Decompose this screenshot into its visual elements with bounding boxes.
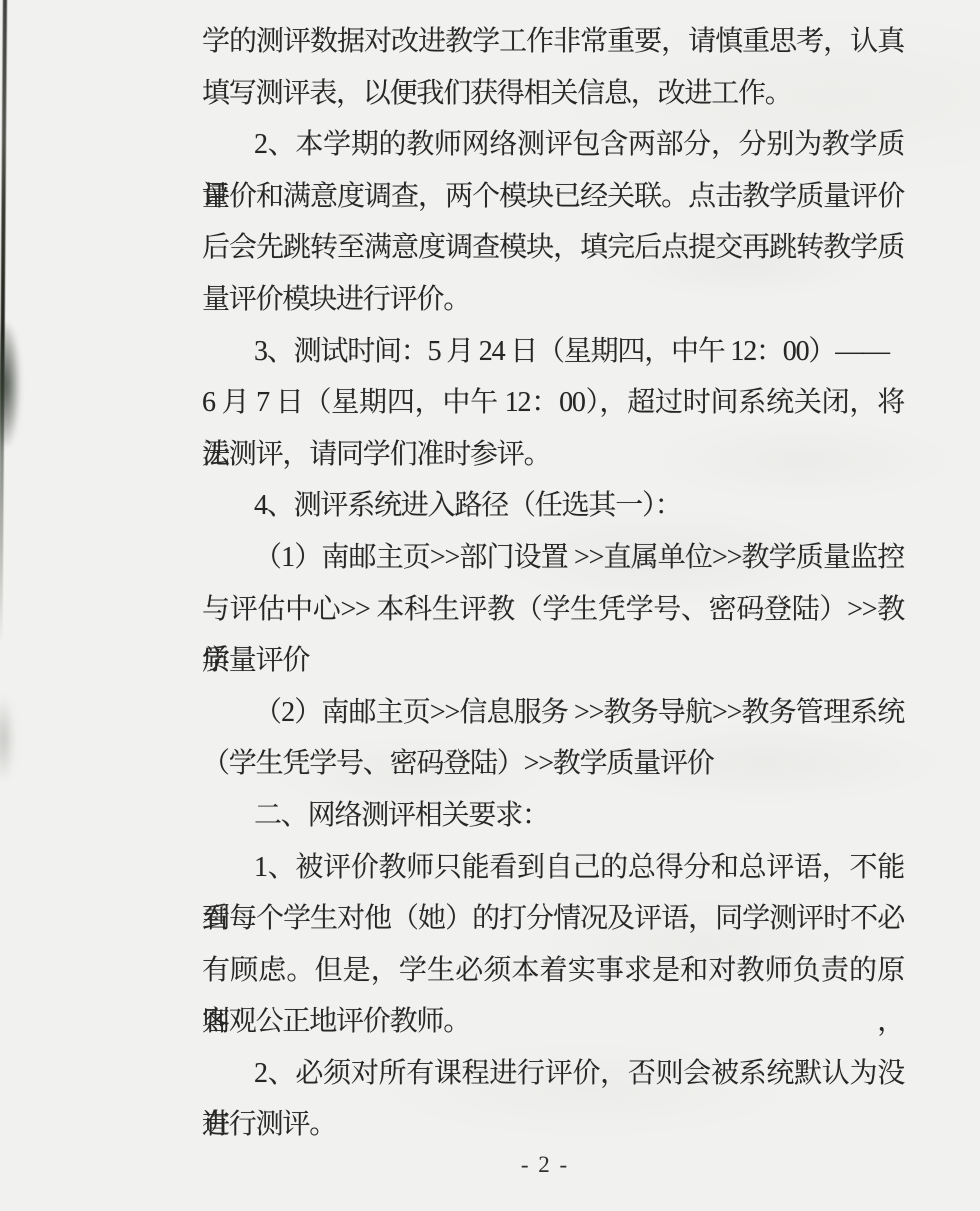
text-line: 6 月 7 日（星期四，中午 12：00），超过时间系统关闭，将无 [202, 377, 904, 429]
text-line: 3、测试时间：5 月 24 日（星期四，中午 12：00）—— [202, 326, 904, 378]
scan-smudge-light [0, 698, 14, 780]
text-line: 进行测评。 [202, 1099, 904, 1151]
text-line: 评价和满意度调查，两个模块已经关联。点击教学质量评价 [202, 171, 904, 223]
text-line: 学的测评数据对改进教学工作非常重要，请慎重思考，认真 [202, 16, 904, 68]
text-line: 有顾虑。但是，学生必须本着实事求是和对教师负责的原则， [202, 945, 904, 997]
text-line: （1）南邮主页>>部门设置 >>直属单位>>教学质量监控 [202, 532, 904, 584]
text-line: （学生凭学号、密码登陆）>>教学质量评价 [202, 738, 904, 790]
text-line: 与评估中心>> 本科生评教（学生凭学号、密码登陆）>>教学 [202, 584, 904, 636]
scan-smudge-dark [0, 322, 20, 447]
text-line: （2）南邮主页>>信息服务 >>教务导航>>教务管理系统 [202, 687, 904, 739]
document-text: 学的测评数据对改进教学工作非常重要，请慎重思考，认真填写测评表，以便我们获得相关… [202, 16, 904, 1151]
text-line: 法测评，请同学们准时参评。 [202, 429, 904, 481]
text-line: 2、必须对所有课程进行评价，否则会被系统默认为没有 [202, 1048, 904, 1100]
text-line: 二、网络测评相关要求： [202, 790, 904, 842]
scanned-document-page: 学的测评数据对改进教学工作非常重要，请慎重思考，认真填写测评表，以便我们获得相关… [0, 0, 980, 1211]
text-line: 2、本学期的教师网络测评包含两部分，分别为教学质量 [202, 119, 904, 171]
page-number: - 2 - [195, 1152, 895, 1178]
text-line: 后会先跳转至满意度调查模块，填完后点提交再跳转教学质 [202, 222, 904, 274]
text-line: 质量评价 [202, 635, 904, 687]
text-line: 4、测评系统进入路径（任选其一）： [202, 480, 904, 532]
text-line: 1、被评价教师只能看到自己的总得分和总评语，不能看 [202, 842, 904, 894]
text-line: 量评价模块进行评价。 [202, 274, 904, 326]
text-line: 到每个学生对他（她）的打分情况及评语，同学测评时不必 [202, 893, 904, 945]
text-line: 填写测评表，以便我们获得相关信息，改进工作。 [202, 68, 904, 120]
